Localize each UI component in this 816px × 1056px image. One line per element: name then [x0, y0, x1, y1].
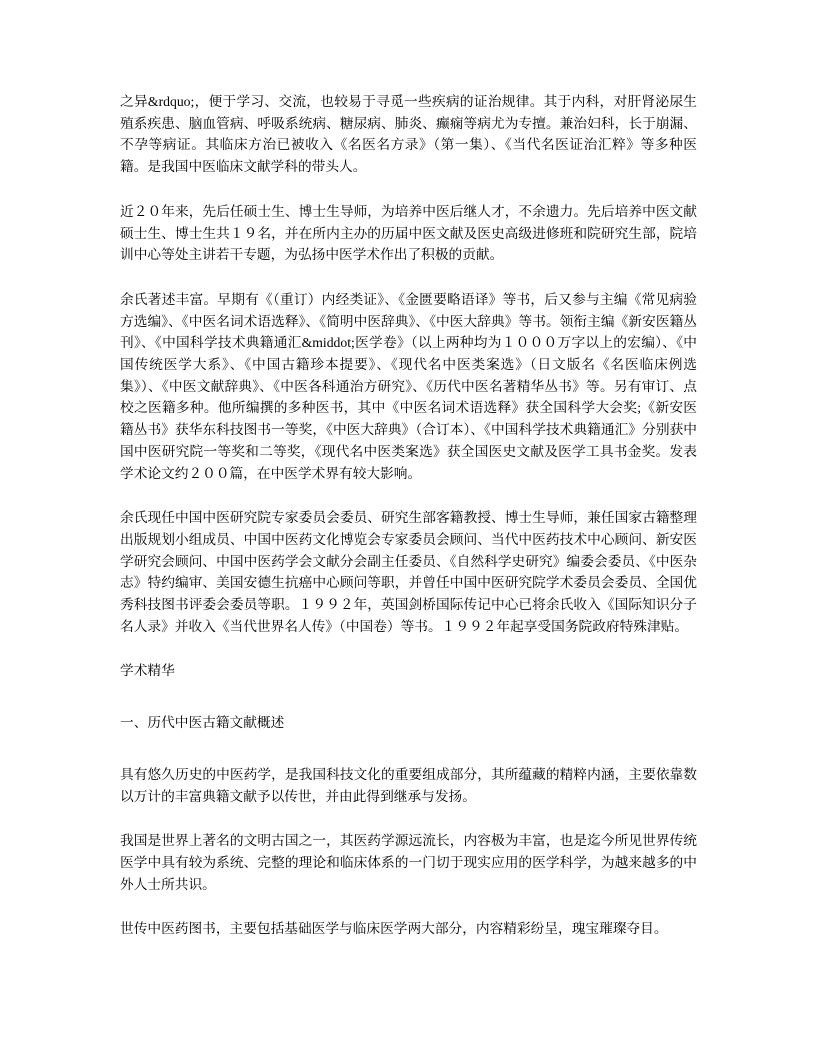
paragraph-civilization-medicine: 我国是世界上著名的文明古国之一，其医药学源远流长，内容极为丰富，也是迄今所见世界…	[120, 830, 697, 895]
paragraph-clinical-expertise: 之异&rdquo;，便于学习、交流，也较易于寻觅一些疾病的证治规律。其于内科，对…	[120, 91, 697, 178]
heading-academic-essence: 学术精华	[120, 660, 697, 682]
heading-section-one-ancient-literature: 一、历代中医古籍文献概述	[120, 712, 697, 734]
paragraph-publications-awards: 余氏著述丰富。早期有《（重订）内经类证》、《金匮要略语译》等书，后又参与主编《常…	[120, 289, 697, 484]
paragraph-positions-honors: 余氏现任中国中医研究院专家委员会委员、研究生部客籍教授、博士生导师，兼任国家古籍…	[120, 507, 697, 637]
paragraph-tcm-books-overview: 世传中医药图书，主要包括基础医学与临床医学两大部分，内容精彩纷呈，瑰宝璀璨夺目。	[120, 918, 697, 940]
paragraph-tcm-heritage: 具有悠久历史的中医药学，是我国科技文化的重要组成部分，其所蕴藏的精粹内涵，主要依…	[120, 764, 697, 807]
paragraph-teaching-record: 近２０年来，先后任硕士生、博士生导师，为培养中医后继人才，不余遗力。先后培养中医…	[120, 201, 697, 266]
document-page: 之异&rdquo;，便于学习、交流，也较易于寻觅一些疾病的证治规律。其于内科，对…	[0, 0, 816, 1056]
